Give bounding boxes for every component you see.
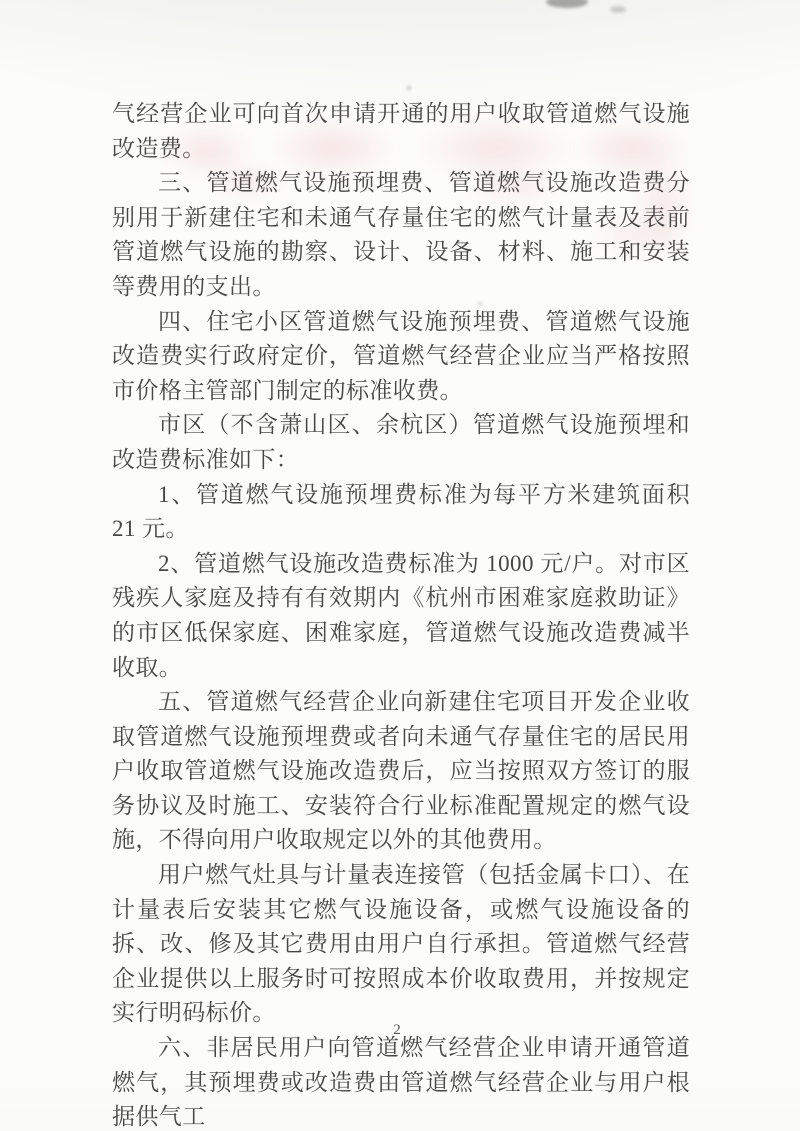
paragraph-standard-1: 1、管道燃气设施预埋费标准为每平方米建筑面积 21 元。	[112, 478, 690, 547]
document-body: 气经营企业可向首次申请开通的用户收取管道燃气设施改造费。 三、管道燃气设施预埋费…	[112, 97, 690, 1131]
paragraph-item-5: 五、管道燃气经营企业向新建住宅项目开发企业收取管道燃气设施预埋费或者向未通气存量…	[112, 685, 690, 858]
scan-smudge	[610, 6, 626, 13]
scan-smudge	[407, 86, 411, 90]
scan-smudge	[546, 0, 588, 8]
paragraph-standard-2: 2、管道燃气设施改造费标准为 1000 元/户。对市区残疾人家庭及持有有效期内《…	[112, 547, 690, 685]
paragraph-user-costs: 用户燃气灶具与计量表连接管（包括金属卡口）、在计量表后安装其它燃气设施设备，或燃…	[112, 858, 690, 1031]
paragraph-item-3: 三、管道燃气设施预埋费、管道燃气设施改造费分别用于新建住宅和未通气存量住宅的燃气…	[112, 166, 690, 304]
paragraph-item-6: 六、非居民用户向管道燃气经营企业申请开通管道燃气，其预埋费或改造费由管道燃气经营…	[112, 1031, 690, 1131]
paragraph-city-scope: 市区（不含萧山区、余杭区）管道燃气设施预埋和改造费标准如下：	[112, 408, 690, 477]
scanned-document-page: 气经营企业可向首次申请开通的用户收取管道燃气设施改造费。 三、管道燃气设施预埋费…	[0, 0, 800, 1131]
paragraph-item-4: 四、住宅小区管道燃气设施预埋费、管道燃气设施改造费实行政府定价，管道燃气经营企业…	[112, 305, 690, 409]
page-number: 2	[0, 1022, 794, 1039]
paragraph-continuation: 气经营企业可向首次申请开通的用户收取管道燃气设施改造费。	[112, 97, 690, 166]
